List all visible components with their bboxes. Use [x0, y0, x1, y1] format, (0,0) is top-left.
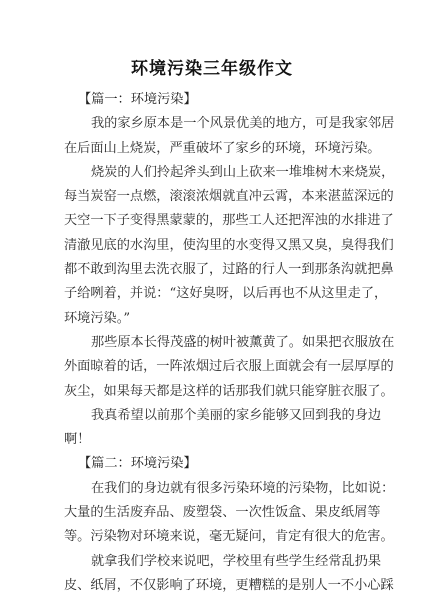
paragraph-line: 都不敢到沟里去洗衣服了，过路的行人一到那条沟就把鼻	[64, 258, 360, 282]
document-page: 环境污染三年级作文 【篇一：环境污染】 我的家乡原本是一个风景优美的地方，可是我…	[0, 0, 424, 600]
paragraph-line: 外面晾着的话，一阵浓烟过后衣服上面就会有一层厚厚的	[64, 355, 360, 379]
document-title: 环境污染三年级作文	[0, 54, 424, 79]
paragraph-line: 烧炭的人们拎起斧头到山上砍来一堆堆树木来烧炭，	[64, 161, 360, 185]
section-heading-2: 【篇二：环境污染】	[64, 452, 360, 476]
paragraph-line: 我真希望以前那个美丽的家乡能够又回到我的身边	[64, 404, 360, 428]
paragraph-line: 我的家乡原本是一个风景优美的地方，可是我家邻居	[64, 112, 360, 136]
paragraph-line: 大量的生活废弃品、废塑袋、一次性饭盒、果皮纸屑等	[64, 501, 360, 525]
paragraph-line: 在后面山上烧炭，严重破坏了家乡的环境，环境污染。	[64, 137, 360, 161]
paragraph-line: 在我们的身边就有很多污染环境的污染物，比如说：	[64, 477, 360, 501]
paragraph-line: 子给咧着，并说：“这好臭呀，以后再也不从这里走了，	[64, 282, 360, 306]
paragraph-line: 清澈见底的水沟里，使沟里的水变得又黑又臭，臭得我们	[64, 234, 360, 258]
paragraph-line: 那些原本长得茂盛的树叶被薰黄了。如果把衣服放在	[64, 331, 360, 355]
paragraph-line: 每当炭窑一点燃，滚滚浓烟就直冲云霄，本来湛蓝深远的	[64, 185, 360, 209]
paragraph-line: 皮、纸屑，不仅影响了环境，更糟糕的是别人一不小心踩	[64, 574, 360, 598]
paragraph-line: 等。污染物对环境来说，毫无疑问，肯定有很大的危害。	[64, 525, 360, 549]
paragraph-line: 啊！	[64, 428, 360, 452]
paragraph-line: 就拿我们学校来说吧，学校里有些学生经常乱扔果	[64, 550, 360, 574]
paragraph-line: 灰尘，如果每天都是这样的话那我们就只能穿脏衣服了。	[64, 380, 360, 404]
document-body: 【篇一：环境污染】 我的家乡原本是一个风景优美的地方，可是我家邻居 在后面山上烧…	[64, 88, 360, 598]
section-heading-1: 【篇一：环境污染】	[64, 88, 360, 112]
paragraph-line: 环境污染。”	[64, 307, 360, 331]
paragraph-line: 天空一下子变得黑蒙蒙的，那些工人还把浑浊的水排进了	[64, 209, 360, 233]
